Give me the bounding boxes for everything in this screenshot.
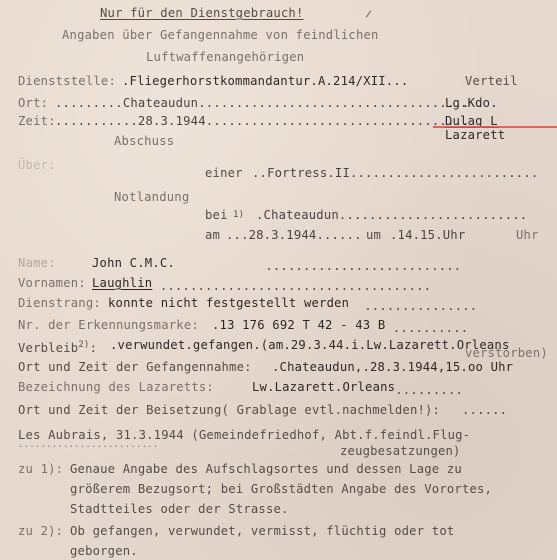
erkennungsmarke-label: Nr. der Erkennungsmarke: bbox=[18, 318, 199, 332]
dienststelle-value: .Fliegerhorstkommandantur.A.214/XII... bbox=[122, 74, 408, 88]
footnote-1-line1: Genaue Angabe des Aufschlagsortes und de… bbox=[70, 462, 462, 476]
aircraft-prefix: einer bbox=[205, 166, 243, 180]
date-prefix: am bbox=[205, 228, 220, 242]
distribution-lazarett: Lazarett bbox=[445, 128, 505, 142]
event-label: Über: bbox=[18, 158, 56, 172]
footnote-1-line3: Stadtteiles oder der Strasse. bbox=[70, 502, 289, 516]
footnote-1-line2: größerem Bezugsort; bei Großstädten Anga… bbox=[70, 482, 492, 496]
dienstrang-label: Dienstrang: bbox=[18, 296, 101, 310]
time-suffix: Uhr bbox=[516, 228, 539, 242]
footnote-2-line2: geborgen. bbox=[70, 544, 138, 558]
form-title-line1: Angaben über Gefangennahme von feindlich… bbox=[62, 28, 379, 42]
zeit-value: ...........28.3.1944....................… bbox=[55, 114, 470, 128]
verbleib-value: .verwundet.gefangen.(am.29.3.44.i.Lw.Laz… bbox=[110, 338, 510, 352]
name-label: Name: bbox=[18, 256, 56, 270]
classification-heading: Nur für den Dienstgebrauch! bbox=[100, 6, 304, 20]
aircraft-value: ..Fortress.II......................... bbox=[252, 166, 538, 180]
form-title-line2: Luftwaffenangehörigen bbox=[146, 50, 304, 64]
location-footnote: 1) bbox=[233, 210, 244, 220]
vornamen-label: Vornamen: bbox=[18, 276, 86, 290]
dienststelle-label: Dienststelle: bbox=[18, 74, 116, 88]
gefangennahme-value: .Chateaudun,.28.3.1944,15.oo Uhr bbox=[272, 360, 513, 374]
notlandung-label: Notlandung bbox=[114, 190, 189, 204]
footnote-1-marker: zu 1): bbox=[18, 462, 63, 476]
abschuss-label: Abschuss bbox=[114, 134, 174, 148]
time-value: .14.15.Uhr bbox=[390, 228, 465, 242]
time-prefix: um bbox=[366, 228, 381, 242]
distribution-label: Verteil bbox=[465, 74, 518, 88]
location-value: .Chateaudun......................... bbox=[256, 208, 527, 222]
distribution-lgkdo: Lg.Kdo. bbox=[445, 96, 498, 110]
verbleib-footnote: 2) bbox=[78, 340, 89, 350]
beisetzung-value-cont: zeugbesatzungen) bbox=[340, 444, 461, 458]
lazarett-label: Bezeichnung des Lazaretts: bbox=[18, 380, 214, 394]
location-prefix: bei bbox=[205, 208, 228, 222]
ort-label: Ort: bbox=[18, 96, 48, 110]
beisetzung-label: Ort und Zeit der Beisetzung( Grablage ev… bbox=[18, 403, 440, 417]
date-value: ...28.3.1944...... bbox=[226, 228, 362, 242]
verbleib-label: Verbleib bbox=[18, 341, 78, 355]
footnote-2-marker: zu 2): bbox=[18, 524, 63, 538]
gefangennahme-label: Ort und Zeit der Gefangennahme: bbox=[18, 360, 252, 374]
footnote-2-line1: Ob gefangen, verwundet, vermisst, flücht… bbox=[70, 524, 454, 538]
zeit-label: Zeit: bbox=[18, 114, 56, 128]
verbleib-value-cont: verstorben) bbox=[465, 346, 548, 360]
ort-value: .........Chateaudun.....................… bbox=[55, 96, 470, 110]
